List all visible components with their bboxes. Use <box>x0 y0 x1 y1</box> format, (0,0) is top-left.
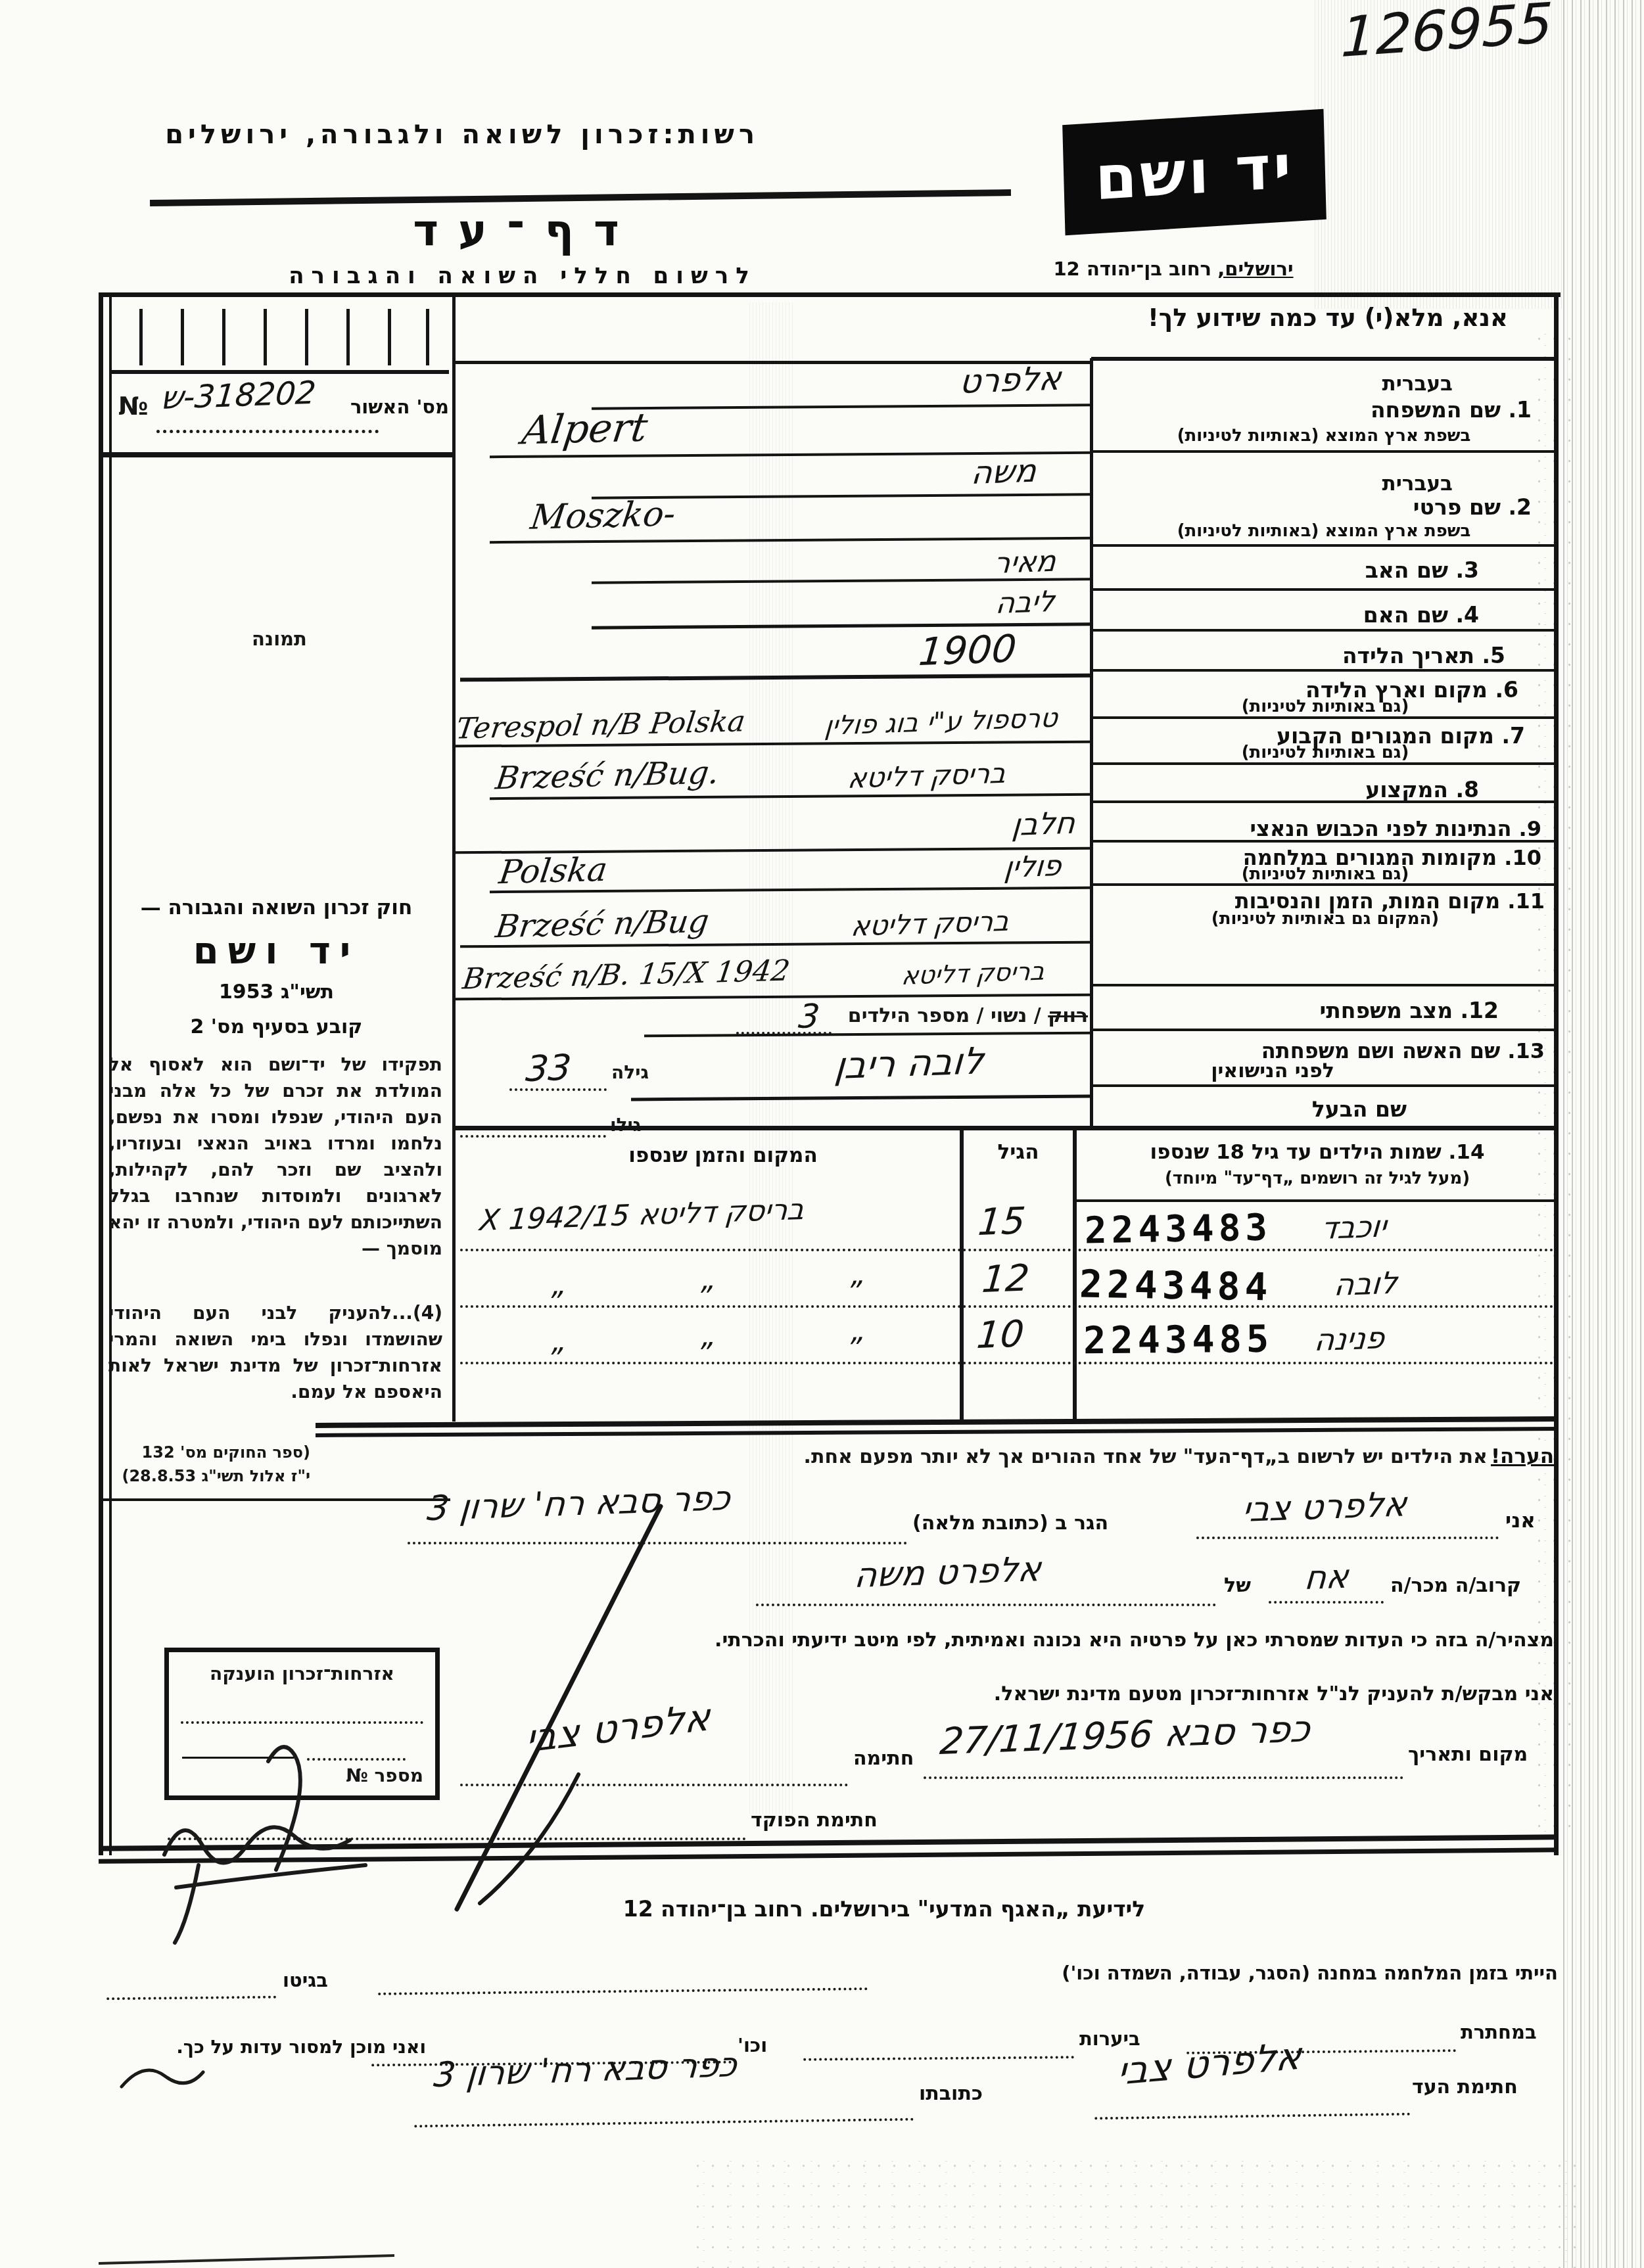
field1-rule <box>1091 450 1557 453</box>
law-para2: ‎...(4)להעניק לבני העם היהודי שהושמדו ונ… <box>108 1300 442 1405</box>
entry-line <box>631 1095 1090 1101</box>
logo-address-street: רחוב בן־יהודה 12 <box>1053 258 1211 280</box>
marital-struck: רווק <box>1048 1004 1088 1027</box>
ready-to-testify: ואני מוכן למסור עדות על כך. <box>110 2036 426 2058</box>
relation-label: קרוב/ה מכר/ה <box>1390 1574 1521 1597</box>
wife-age-dotted <box>509 1063 607 1091</box>
entry-surname-he: אלפרט <box>958 359 1062 401</box>
perforation-tick <box>388 309 391 365</box>
field11-sub: (המקום גם באותיות לטיניות) <box>1099 909 1551 929</box>
law-cite2: י"ז אלול תשי"ג 28.8.53) <box>113 1467 310 1485</box>
perforation-tick <box>346 309 350 365</box>
header-rule <box>150 189 1011 206</box>
form-border-bottom-2 <box>99 1847 1559 1863</box>
entry-war-residence-la: Brześć n/Bug <box>494 903 711 945</box>
witness-address-label: כתובתו <box>919 2082 983 2105</box>
row1-dotted <box>460 1224 1554 1251</box>
bottom-scan-line <box>99 2256 394 2263</box>
attention-line: לידיעת „האגף המדעי" בירושלים. רחוב בן־יה… <box>529 1896 1239 1922</box>
law-heading: חוק זכרון השואה והגבורה — <box>110 896 442 919</box>
field6-sub: (גם באותיות לטיניות) <box>1099 697 1551 716</box>
husband-age-label: גילו <box>610 1114 641 1136</box>
husband-label: שם הבעל <box>1099 1096 1551 1122</box>
children-field-sub: (מעל לגיל זה רושמים „דף־עד" מיוחד) <box>1083 1169 1551 1188</box>
place-date-label: מקום ותאריך <box>1408 1743 1528 1766</box>
perforation-rule <box>110 370 449 374</box>
field12-label: 12. מצב משפחתי <box>1099 998 1551 1023</box>
children-label-rule <box>1077 1199 1554 1202</box>
form-border-left-outer <box>99 292 103 1855</box>
was-in-camp-label: הייתי בזמן המלחמה במחנה (הסגר, עבודה, הש… <box>874 1962 1558 1984</box>
law-cite1: (ספר החוקים מס' 132 <box>113 1443 310 1462</box>
instruction-rule <box>1091 357 1558 361</box>
divider-left-column <box>452 292 456 1422</box>
camp-dotted <box>378 1962 868 1995</box>
field7-sub: (גם באותיות לטיניות) <box>1099 743 1551 762</box>
field13-rule <box>1091 1084 1557 1087</box>
stray-mark-bottom-left <box>122 2070 203 2087</box>
field1-label: 1. שם המשפחה <box>1099 397 1551 423</box>
field2-rule <box>1091 544 1557 547</box>
authority-title: רשות:זכרון לשואה ולגבורה, ירושלים <box>154 120 759 150</box>
place-date-dotted <box>924 1751 1403 1779</box>
perforation-tick <box>139 309 143 365</box>
field2-label: 2. שם פרטי <box>1099 494 1551 520</box>
field1-sub: בשפת ארץ המוצא (באותיות לטיניות) <box>1096 426 1551 446</box>
ghetto-label: בגיטו <box>283 1969 328 1991</box>
field1-pre: בעברית <box>1099 372 1551 396</box>
perforation-tick <box>264 309 267 365</box>
yad-vashem-logo: יד ושם <box>1062 109 1327 235</box>
approval-no-symbol: № <box>118 392 149 421</box>
approval-dotted-line <box>156 402 379 433</box>
field3-rule <box>1091 588 1557 591</box>
entry-mother: ליבה <box>995 585 1056 620</box>
law-year: תשי"ג 1953 <box>110 981 442 1004</box>
entry-firstname-he: משה <box>970 453 1038 492</box>
row3-dotted <box>460 1337 1554 1364</box>
entry-firstname-la: Moszko- <box>528 494 678 538</box>
forests-dotted <box>803 2031 1074 2061</box>
field9-rule <box>1091 840 1557 843</box>
children-count-dotted <box>736 1007 832 1034</box>
resides-label: הגר ב (כתובת מלאה) <box>912 1512 1108 1535</box>
perforation-tick <box>305 309 308 365</box>
logo-address-city: ירושלים, <box>1217 258 1293 280</box>
fill-instruction: אנא, מלא(י) עד כמה שידוע לך! <box>1104 304 1551 332</box>
signature-dotted <box>460 1759 848 1786</box>
witness-signature-label: חתימת העד <box>1412 2075 1518 2098</box>
entry-wife-name: לובה ריבן <box>833 1040 985 1088</box>
entry-death-place-he: בריסק דליטא <box>901 956 1046 990</box>
entry-death-place-la: Brześć n/B. 15/X 1942 <box>461 954 792 996</box>
marital-rest: / נשוי / מספר הילדים <box>848 1004 1048 1027</box>
form-border-right <box>1554 292 1559 1855</box>
field4-rule <box>1091 629 1557 632</box>
underground-label: במחתרת <box>1461 2021 1537 2043</box>
declarant-address-dotted <box>408 1517 907 1544</box>
row2-dotted <box>460 1280 1554 1308</box>
of-name-dotted <box>756 1579 1216 1606</box>
stamp-box-dotted <box>181 1719 423 1724</box>
yad-vashem-logo-text: יד ושם <box>1094 131 1295 214</box>
of-label: של <box>1224 1574 1251 1597</box>
scanned-testimony-page: 126955 רשות:זכרון לשואה ולגבורה, ירושלים… <box>0 0 1644 2268</box>
field3-label: 3. שם האב <box>1099 557 1551 583</box>
field7-rule <box>1091 762 1557 765</box>
entry-birthplace-he: טרספול ע"י בוג פולין <box>824 703 1059 741</box>
form-title: דף־עד <box>355 205 697 256</box>
field12-rule <box>1091 1029 1557 1031</box>
law-section: קובע בסעיף מס' 2 <box>110 1015 442 1038</box>
field10-sub: (גם באותיות לטיניות) <box>1099 864 1551 884</box>
field10-rule <box>1091 883 1557 886</box>
entry-father: מאיר <box>993 545 1058 580</box>
field4-label: 4. שם האם <box>1099 602 1551 628</box>
law-para1: תפקידו של יד־ושם הוא לאסוף אל המולדת את … <box>108 1052 442 1262</box>
entry-citizenship-la: Polska <box>497 850 610 891</box>
table-bottom-rule-2 <box>316 1427 1559 1437</box>
entry-residence-he: בריסק דליטא <box>847 757 1007 795</box>
divider-label-column <box>1090 358 1093 1127</box>
forests-label: ביערות <box>1079 2027 1140 2050</box>
form-border-top <box>99 292 1561 297</box>
approval-bottom-rule <box>100 452 454 457</box>
witness-address-dotted <box>414 2093 914 2128</box>
stamp-box-number-label: מספר № <box>346 1765 423 1786</box>
entry-birthplace-la: Terespol n/B Polska <box>454 705 747 745</box>
field5-rule <box>1091 669 1557 672</box>
field11-rule <box>1091 984 1557 986</box>
field5-label: 5. תאריך הלידה <box>1099 643 1551 668</box>
entry-surname-la: Alpert <box>519 405 650 454</box>
signature-hand: אלפרט צבי <box>525 1694 711 1761</box>
field2-pre: בעברית <box>1099 472 1551 496</box>
witness-signature-dotted <box>1094 2088 1411 2120</box>
field6-rule <box>1091 716 1557 719</box>
table-top-rule <box>454 1126 1559 1130</box>
note-head: הערה! <box>1491 1445 1554 1468</box>
entry-citizenship-he: פולין <box>1003 849 1063 885</box>
etc-label: וכו' <box>738 2034 767 2056</box>
entry-line <box>644 1032 1090 1038</box>
table-divider-age-right <box>1073 1126 1077 1422</box>
field13-label2: לפני הנישואין <box>1099 1059 1551 1082</box>
col-age-header: הגיל <box>964 1140 1073 1164</box>
stamp-box-title: אזרחות־זכרון הוענקה <box>169 1663 435 1684</box>
statement-text: מצהיר/ה בזה כי העדות שמסרתי כאן על פרטיה… <box>421 1629 1554 1652</box>
field8-label: 8. המקצוע <box>1099 777 1551 802</box>
request-text: אני מבקש/ת להעניק לנ"ל אזרחות־זכרון מטעם… <box>743 1682 1554 1705</box>
law-name: יד ושם <box>110 930 442 973</box>
note-text: את הילדים יש לרשום ב„דף־העד" של אחד ההור… <box>804 1445 1488 1468</box>
scan-noise-right-margin <box>1563 0 1644 2268</box>
field9-label: 9. הנתינות לפני הכבוש הנאצי <box>1099 816 1551 841</box>
stamp-box-dotted2 <box>307 1755 406 1761</box>
entry-war-residence-he: בריסק דליטא <box>850 905 1010 942</box>
entry-residence-la: Brześć n/Bug. <box>494 754 722 797</box>
perforation-tick <box>222 309 225 365</box>
memorial-citizenship-stamp-box: אזרחות־זכרון הוענקה מספר № <box>164 1648 440 1800</box>
witness-signature-hand: אלפרט צבי <box>1116 2033 1303 2094</box>
law-bottom-rule <box>102 1498 450 1501</box>
relation-dotted <box>1269 1576 1384 1604</box>
scan-noise-speckle-bottom <box>690 2156 1578 2268</box>
official-signature-label: חתימת הפוקד <box>751 1809 878 1832</box>
col-place-header: המקום והזמן שנספו <box>519 1144 927 1167</box>
table-divider-age-left <box>960 1126 964 1422</box>
stamp-box-line <box>182 1757 294 1759</box>
field2-sub: בשפת ארץ המוצא (באותיות לטיניות) <box>1096 521 1551 541</box>
children-field-label: 14. שמות הילדים עד גיל 18 שנספו <box>1083 1140 1551 1164</box>
perforation-tick <box>181 309 184 365</box>
table-bottom-rule-1 <box>316 1416 1559 1428</box>
ghetto-dotted <box>106 1971 276 2001</box>
declarant-name-dotted <box>1196 1512 1499 1539</box>
entry-occupation: חלבן <box>1011 805 1077 843</box>
logo-address: ירושלים, רחוב בן־יהודה 12 <box>1022 258 1325 280</box>
official-signature-dotted <box>168 1813 746 1840</box>
entry-line <box>592 404 1090 409</box>
entry-birthdate: 1900 <box>917 626 1018 674</box>
i-label: אני <box>1505 1509 1536 1533</box>
wife-age-label: גילה <box>611 1061 649 1083</box>
form-subtitle: לרשום חללי השואה והגבורה <box>270 263 776 289</box>
perforation-tick <box>426 309 429 365</box>
field8-rule <box>1091 800 1557 803</box>
photo-label: תמונה <box>237 628 322 650</box>
children-note: הערה! את הילדים יש לרשום ב„דף־העד" של אח… <box>171 1445 1554 1468</box>
approval-label: מס' האשור <box>360 396 449 418</box>
signature-label: חתימה <box>853 1747 914 1770</box>
